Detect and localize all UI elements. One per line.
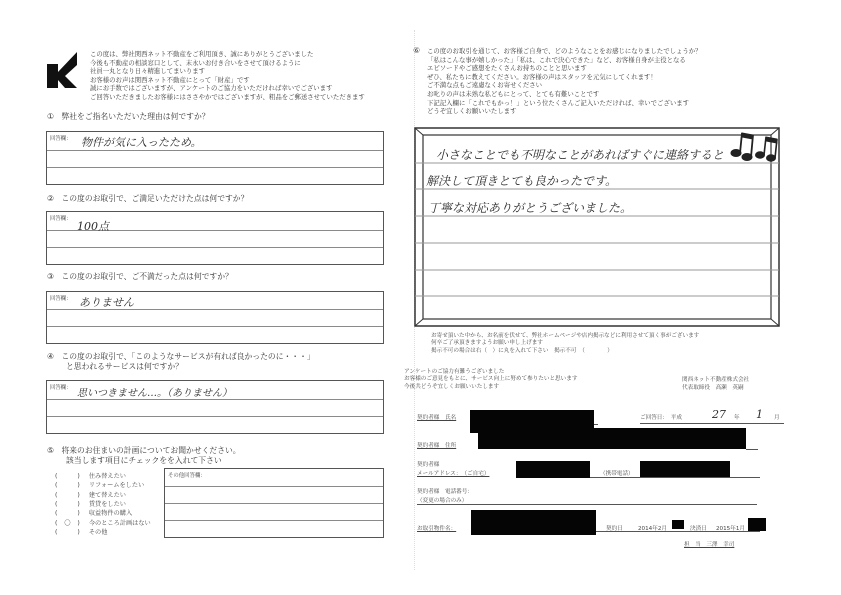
answer-label: 回答欄：	[50, 294, 72, 302]
intro-line: この度は、弊社関西ネット不動産をご利用頂き、誠にありがとうございました	[90, 50, 365, 59]
plan-option[interactable]: ()賃貸をしたい	[55, 499, 126, 508]
answer-box-2[interactable]: 回答欄： 100点	[46, 211, 384, 265]
answer-date-label: ご回答日： 平成	[640, 413, 682, 421]
q6-line: 「私はこんな事が嬉しかった」「私は、これで決心できた」など、お客様自身が主役とな…	[413, 56, 702, 65]
answer-year[interactable]: 27	[712, 408, 726, 421]
q6-answer-line: 解決して頂きとても良かったです。	[426, 172, 617, 189]
question-5-line-2: 該当します項目にチェックをを入れて下さい	[66, 456, 222, 466]
q6-line: ご不満な点もご遠慮なくお寄せください	[413, 81, 702, 90]
answer-box-1[interactable]: 回答欄： 物件が気に入ったため。	[46, 131, 384, 185]
intro-line: ご回答いただきましたお客様にはささやかではございますが、粗品をご郵送させていただ…	[90, 93, 365, 102]
other-answer-box[interactable]: その他回答欄：	[164, 468, 384, 538]
other-answer-label: その他回答欄：	[168, 471, 206, 479]
plan-option[interactable]: ()収益物件の購入	[55, 508, 132, 517]
checked-circle-icon[interactable]: 〇	[57, 518, 77, 527]
answer-text: 思いつきません…。（ありません）	[77, 384, 232, 399]
plan-option-label: 住み替えたい	[89, 473, 126, 480]
representative-name: 代表取締役 高瀬 英嗣	[682, 385, 744, 392]
plan-option[interactable]: ()リフォームをしたい	[55, 480, 144, 489]
plan-option-label: 今のところ計画はない	[89, 520, 151, 527]
thanks-line: お客様のご意見をもとに、サービス向上に努めて参りたいと思います	[404, 376, 577, 383]
q6-line: この度のお取引を通じて、お客様ご自身で、どのようなことをお感じになりましたでしょ…	[427, 47, 702, 55]
property-name-label: お取引物件名：	[417, 524, 456, 532]
answer-text: ありません	[79, 294, 134, 310]
question-4: ④ この度のお取引で、「このようなサービスが有れば良かったのに・・・」	[47, 352, 315, 362]
q6-answer-frame[interactable]: 小さなことでも不明なことがあればすぐに連絡すると 解決して頂きとても良かったです…	[414, 127, 780, 327]
email-home-label: メールアドレス： （ご自宅）	[417, 469, 489, 477]
consent-line: 掲示不可の場合は右（ ）に丸を入れて下さい 掲示不可 （ ）	[431, 348, 699, 355]
question-6: ⑥ この度のお取引を通じて、お客様ご自身で、どのようなことをお感じになりましたで…	[413, 47, 702, 116]
question-text: この度のお取引で、ご不満だった点は何ですか？	[61, 272, 232, 281]
plan-option-label: 建て替えたい	[89, 492, 126, 499]
answer-month[interactable]: 1	[756, 408, 763, 421]
staff-name: 担 当 三澤 幸司	[684, 540, 734, 548]
question-text: 将来のお住まいの計画についてお聞かせください。	[61, 446, 240, 455]
q6-line: どうぞ宜しくお願いいたします	[413, 107, 702, 116]
question-2: ② この度のお取引で、ご満足いただけた点は何ですか？	[47, 194, 248, 204]
plan-option[interactable]: ()その他	[55, 527, 107, 536]
question-3: ③ この度のお取引で、ご不満だった点は何ですか？	[47, 272, 233, 282]
plan-option-label: その他	[89, 529, 108, 536]
intro-text: この度は、弊社関西ネット不動産をご利用頂き、誠にありがとうございました 今後も不…	[90, 50, 365, 102]
redacted-email	[516, 461, 590, 478]
plan-option-label: 収益物件の購入	[89, 510, 132, 517]
question-1: ① 弊社をご指名いただいた理由は何ですか？	[47, 112, 210, 122]
plan-option-label: 賃貸をしたい	[89, 501, 126, 508]
question-text: 弊社をご指名いただいた理由は何ですか？	[61, 112, 209, 121]
year-unit: 年	[734, 413, 740, 421]
question-text: この度のお取引で、「このようなサービスが有れば良かったのに・・・」	[61, 352, 314, 361]
q6-line: お叱りの声は未熟な私どもにとって、とても有難いことです	[413, 90, 702, 99]
q6-answer-line: 丁寧な対応ありがとうございました。	[428, 199, 632, 216]
company-logo	[47, 52, 77, 88]
answer-text: 100点	[77, 218, 109, 234]
plan-option[interactable]: (〇)今のところ計画はない	[55, 518, 151, 527]
intro-line: 今後も不動産の相談窓口として、末永いお付き合いをさせて頂けるように	[90, 59, 365, 68]
q6-line: 下記記入欄に「これでもかっ！」という位たくさんご記入いただければ、幸いでございま…	[413, 99, 702, 108]
thanks-note: アンケートのご協力有難うございました お客様のご意見をもとに、サービス向上に努め…	[404, 369, 577, 391]
contractor-name-label: 契約者様 氏名	[417, 413, 456, 421]
question-number: ①	[47, 112, 54, 121]
answer-label: 回答欄：	[50, 214, 72, 222]
contractor-phone-label: 契約者様 電話番号：	[417, 487, 473, 495]
company-name: 関西ネット不動産株式会社	[682, 377, 749, 384]
redacted-mobile	[640, 461, 730, 478]
answer-box-4[interactable]: 回答欄： 思いつきません…。（ありません）	[46, 380, 384, 434]
q6-answer-line: 小さなことでも不明なことがあればすぐに連絡すると	[436, 146, 724, 163]
question-5: ⑤ 将来のお住まいの計画についてお聞かせください。	[47, 446, 241, 456]
month-unit: 月	[774, 413, 780, 421]
phone-note: （変更の場合のみ）	[417, 496, 467, 504]
plan-option[interactable]: ()住み替えたい	[55, 471, 126, 480]
question-text: この度のお取引で、ご満足いただけた点は何ですか？	[61, 194, 248, 203]
redacted-property	[471, 510, 596, 535]
intro-line: 誠にお手数ではございますが、アンケートのご協力をいただければ幸いでございます	[90, 84, 365, 93]
q6-line: エピソードやご感想をたくさんお持ちのことと思います	[413, 64, 702, 73]
plan-option-label: リフォームをしたい	[89, 482, 144, 489]
redacted-address	[478, 428, 746, 449]
answer-label: 回答欄：	[50, 383, 72, 391]
contractor-address-label: 契約者様 住所	[417, 441, 456, 449]
thanks-line: 今後共どうぞ宜しくお願いいたします	[404, 384, 577, 391]
question-number: ⑤	[47, 446, 54, 455]
answer-text: 物件が気に入ったため。	[81, 134, 202, 150]
answer-box-3[interactable]: 回答欄： ありません	[46, 291, 384, 344]
redacted-settlement-day	[748, 518, 766, 531]
contractor-email-label: 契約者様	[417, 460, 439, 468]
consent-line: 何卒ご了承頂きますようお願い申し上げます	[431, 340, 699, 347]
mobile-label: （携帯電話）	[600, 469, 634, 477]
consent-note: お寄せ頂いた中から、お名前を伏せて、弊社ホームページや店内掲示などに利用させて頂…	[431, 333, 699, 355]
plan-option[interactable]: ()建て替えたい	[55, 490, 126, 499]
question-number: ③	[47, 272, 54, 281]
music-notes-icon	[730, 129, 778, 163]
intro-line: 社員一丸となり日々精進してまいります	[90, 67, 365, 76]
question-number: ②	[47, 194, 54, 203]
answer-label: 回答欄：	[50, 134, 72, 142]
question-4-line-2: と思われるサービスは何ですか？	[66, 362, 183, 372]
redacted-contract-day	[672, 520, 684, 529]
question-number: ⑥	[413, 47, 420, 56]
question-number: ④	[47, 352, 54, 361]
